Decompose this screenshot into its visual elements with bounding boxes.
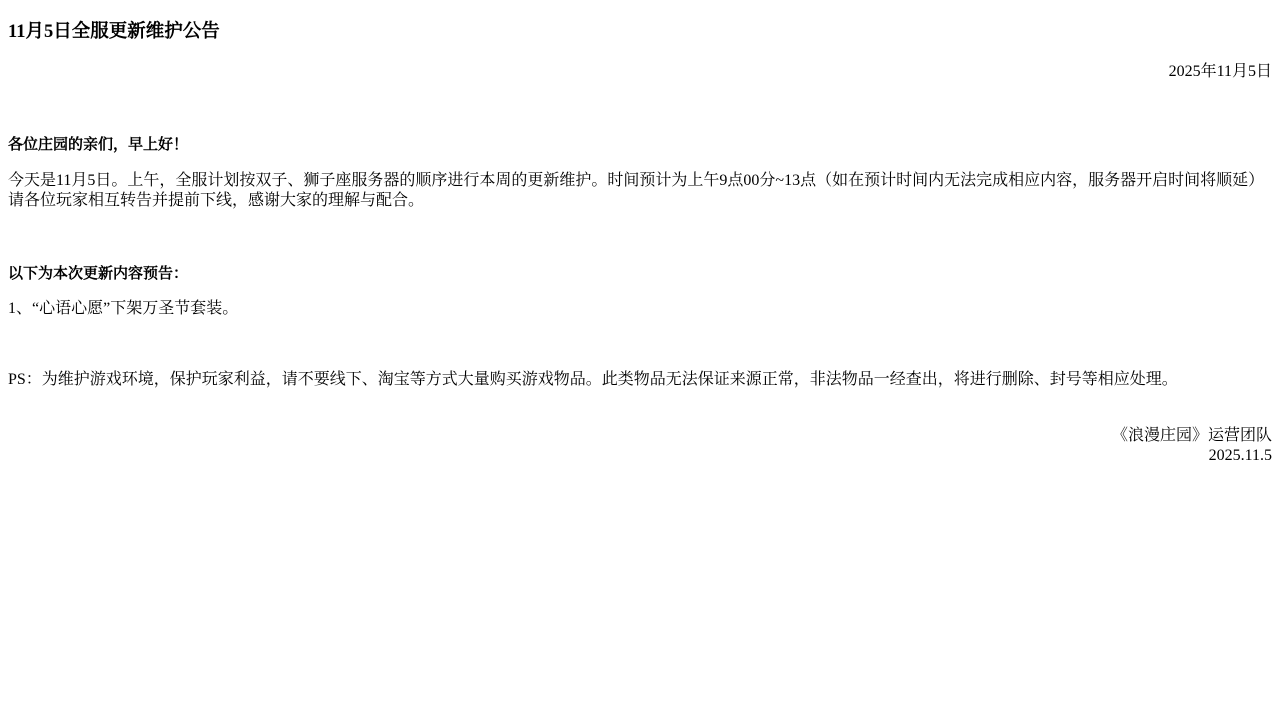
intro-line: 请各位玩家相互转告并提前下线，感谢大家的理解与配合。	[8, 191, 1272, 211]
intro-line: 今天是11月5日。上午，全服计划按双子、狮子座服务器的顺序进行本周的更新维护。时…	[8, 171, 1272, 191]
signature-date: 2025.11.5	[1112, 446, 1272, 466]
intro-paragraph: 今天是11月5日。上午，全服计划按双子、狮子座服务器的顺序进行本周的更新维护。时…	[8, 171, 1272, 211]
signature-team: 《浪漫庄园》运营团队	[1112, 426, 1272, 446]
update-item: 1、“心语心愿”下架万圣节套装。	[8, 299, 238, 319]
update-preview-heading: 以下为本次更新内容预告：	[8, 263, 188, 283]
announcement-title: 11月5日全服更新维护公告	[8, 20, 220, 44]
signature: 《浪漫庄园》运营团队 2025.11.5	[1112, 426, 1272, 466]
ps-notice: PS：为维护游戏环境，保护玩家利益，请不要线下、淘宝等方式大量购买游戏物品。此类…	[8, 370, 1272, 390]
greeting: 各位庄园的亲们，早上好！	[8, 134, 188, 154]
announcement-date: 2025年11月5日	[1169, 62, 1272, 82]
